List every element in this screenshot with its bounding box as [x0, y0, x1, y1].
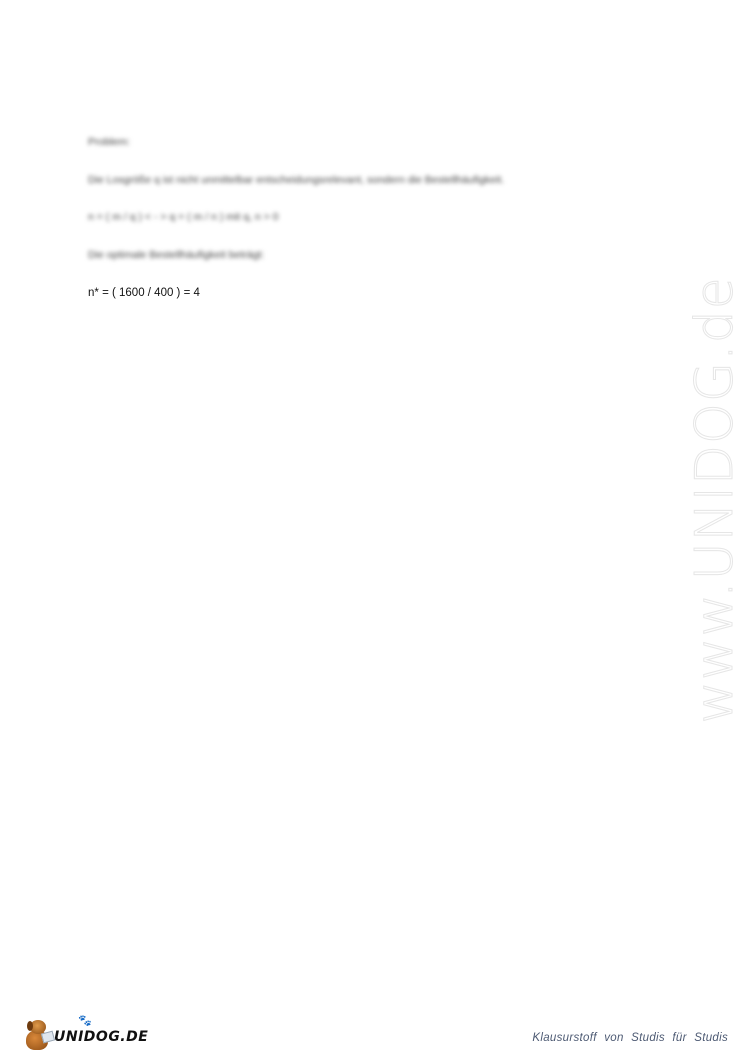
- paragraph-decision-relevance: Die Losgröße q ist nicht unmittelbar ent…: [88, 174, 504, 186]
- dog-mascot-icon: [22, 1018, 52, 1052]
- footer-tagline: Klausurstoff von Studis für Studis: [532, 1032, 728, 1044]
- formula-result: n* = ( 1600 / 400 ) = 4: [88, 287, 200, 299]
- paw-icon: 🐾: [78, 1014, 92, 1027]
- footer-logo: 🐾 UNIDOG.DE: [22, 1012, 148, 1052]
- formula-relation: n = ( m / q ) < - > q = ( m / n ) mit q,…: [88, 211, 279, 223]
- paragraph-optimal-frequency: Die optimale Bestellhäufigkeit beträgt:: [88, 249, 264, 261]
- section-heading-problem: Problem:: [88, 136, 130, 148]
- logo-text: UNIDOG.DE: [54, 1029, 148, 1045]
- document-page: Problem: Die Losgröße q ist nicht unmitt…: [0, 0, 750, 1060]
- watermark-text: www.UNIDOG.de: [685, 276, 745, 723]
